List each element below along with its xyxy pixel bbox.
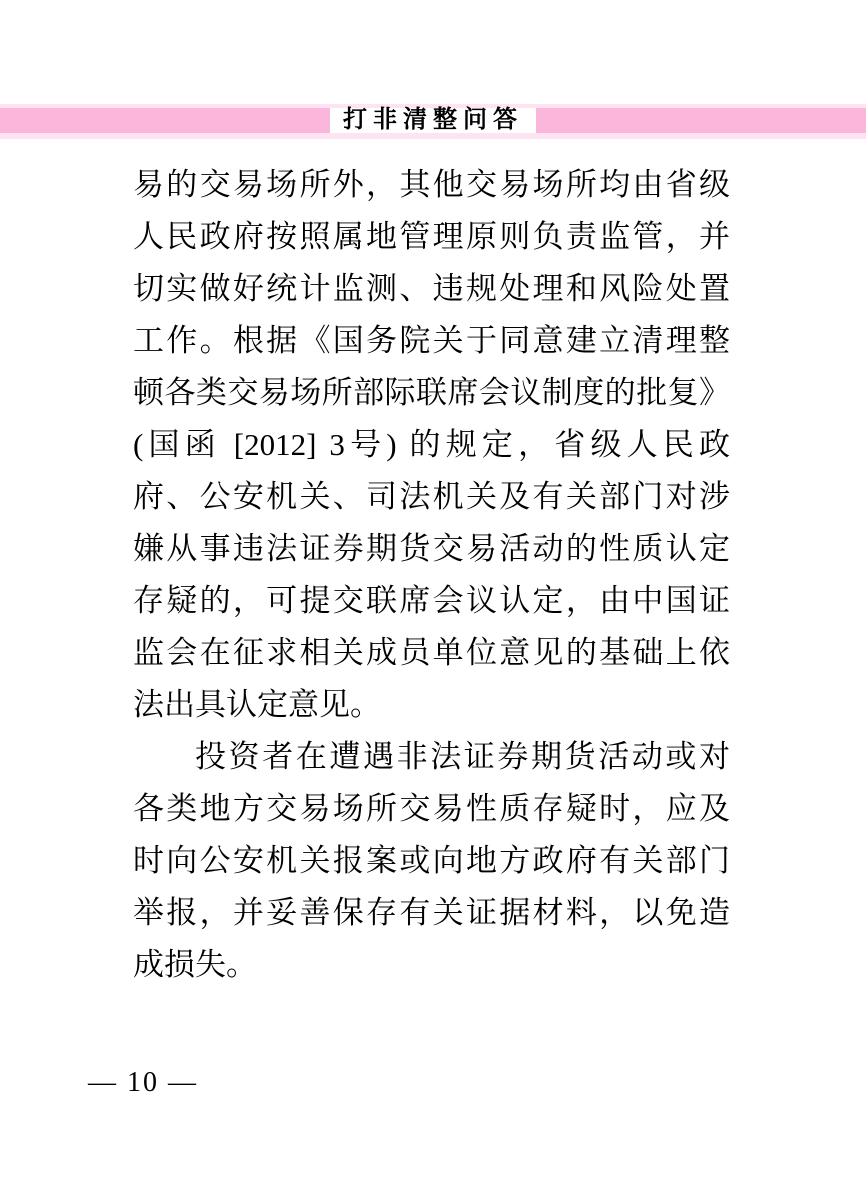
body-line: 工作。根据《国务院关于同意建立清理整 bbox=[133, 315, 730, 367]
body-line-paragraph-end: 法出具认定意见。 bbox=[133, 679, 730, 731]
book-page: 打非清整问答 易的交易场所外，其他交易场所均由省级 人民政府按照属地管理原则负责… bbox=[0, 0, 866, 1189]
body-line: 人民政府按照属地管理原则负责监管，并 bbox=[133, 211, 730, 263]
body-line: 切实做好统计监测、违规处理和风险处置 bbox=[133, 263, 730, 315]
body-line: 各类地方交易场所交易性质存疑时，应及 bbox=[133, 783, 730, 835]
body-line-paragraph-start: 投资者在遭遇非法证券期货活动或对 bbox=[133, 731, 730, 783]
body-line: 存疑的，可提交联席会议认定，由中国证 bbox=[133, 575, 730, 627]
header-band-light-bottom bbox=[0, 133, 866, 139]
body-line: 顿各类交易场所部际联席会议制度的批复》 bbox=[133, 367, 730, 419]
body-text: 易的交易场所外，其他交易场所均由省级 人民政府按照属地管理原则负责监管，并 切实… bbox=[133, 159, 730, 991]
header-band-right bbox=[536, 108, 866, 133]
body-line: 时向公安机关报案或向地方政府有关部门 bbox=[133, 835, 730, 887]
body-line: 府、公安机关、司法机关及有关部门对涉 bbox=[133, 471, 730, 523]
page-number: — 10 — bbox=[88, 1068, 198, 1098]
body-line: 嫌从事违法证券期货交易活动的性质认定 bbox=[133, 523, 730, 575]
body-line: 监会在征求相关成员单位意见的基础上依 bbox=[133, 627, 730, 679]
body-line: 易的交易场所外，其他交易场所均由省级 bbox=[133, 159, 730, 211]
body-line-paragraph-end: 成损失。 bbox=[133, 939, 730, 991]
running-head-title: 打非清整问答 bbox=[330, 108, 536, 133]
header-band-left bbox=[0, 108, 330, 133]
header-band: 打非清整问答 bbox=[0, 108, 866, 133]
body-line: 举报，并妥善保存有关证据材料，以免造 bbox=[133, 887, 730, 939]
body-line: (国函 [2012] 3号) 的规定，省级人民政 bbox=[133, 419, 730, 471]
